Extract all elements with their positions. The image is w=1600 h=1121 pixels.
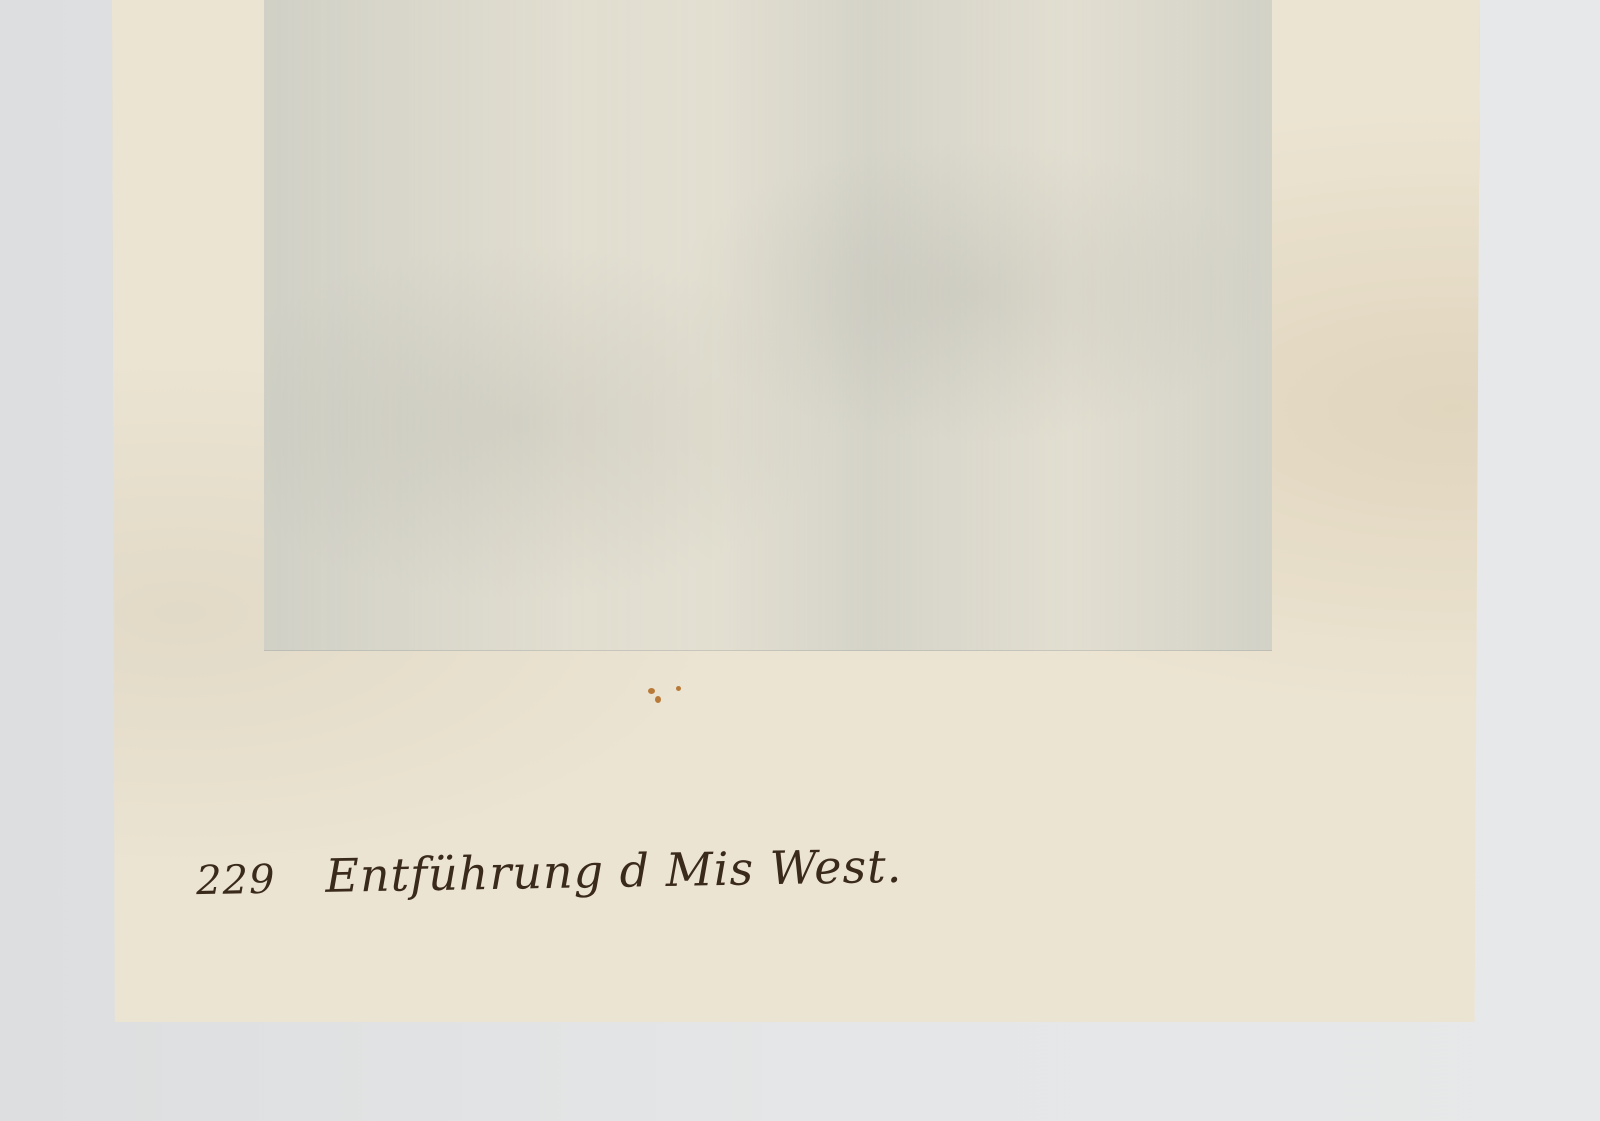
inscription-number: 229 (196, 857, 276, 904)
foxing-spot (655, 696, 661, 703)
engraving-plate-impression (264, 0, 1272, 651)
inscription-text: Entführung d Mis West. (325, 839, 903, 903)
foxing-spot (648, 688, 655, 694)
foxing-spot (676, 686, 681, 691)
